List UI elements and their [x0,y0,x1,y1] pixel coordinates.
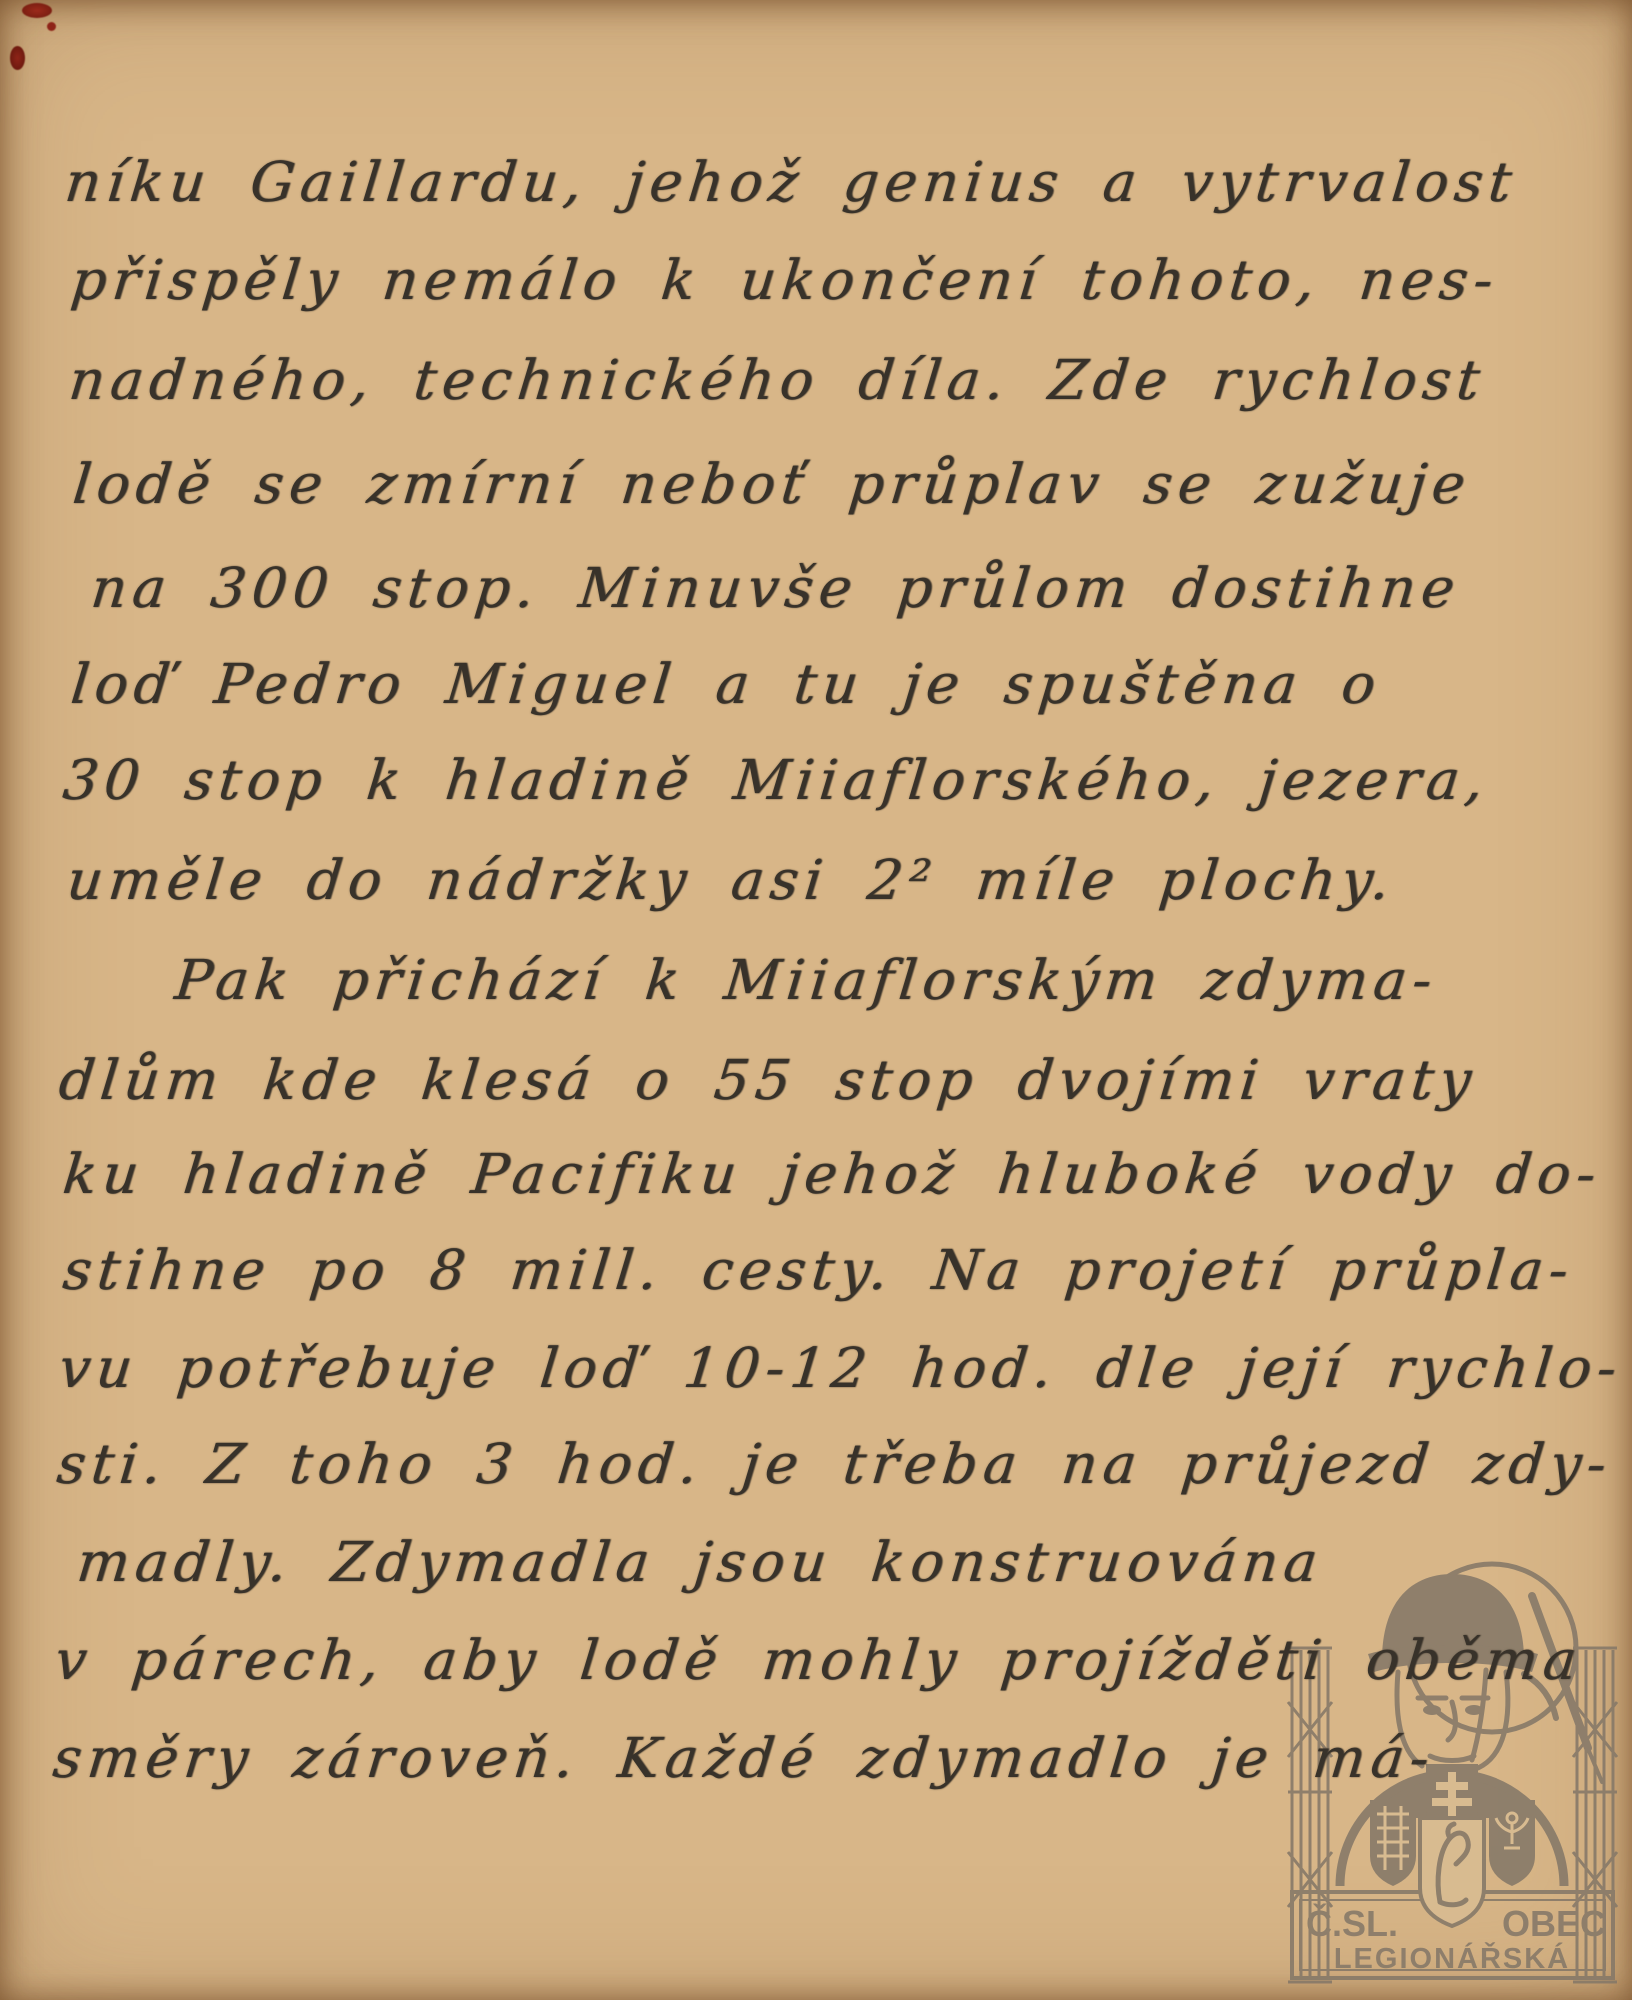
manuscript-line-4: lodě se zmírní neboť průplav se zužuje [70,452,1474,516]
manuscript-line-5: na 300 stop. Minuvše průlom dostihne [88,556,1463,620]
manuscript-line-16: v párech, aby lodě mohly projížděti oběm… [52,1628,1586,1692]
stamp-text-csl: Č.SL. [1306,1902,1398,1944]
manuscript-line-9: Pak přichází k Miiaflorským zdyma- [172,948,1441,1012]
shield-lion-icon [1420,1818,1484,1926]
manuscript-line-12: stihne po 8 mill. cesty. Na projetí průp… [60,1238,1577,1302]
red-ink-speck [47,22,56,31]
manuscript-line-3: nadného, technického díla. Zde rychlost [66,348,1488,412]
manuscript-page: níku Gaillardu, jehož genius a vytrvalos… [0,0,1632,2000]
manuscript-line-17: směry zároveň. Každé zdymadlo je má- [50,1726,1438,1790]
manuscript-line-10: dlům kde klesá o 55 stop dvojími vraty [56,1048,1480,1112]
red-ink-speck [22,3,52,18]
manuscript-line-14: sti. Z toho 3 hod. je třeba na průjezd z… [54,1432,1615,1496]
manuscript-line-6: loď Pedro Miguel a tu je spuštěna o [68,652,1384,716]
manuscript-line-11: ku hladině Pacifiku jehož hluboké vody d… [60,1142,1604,1206]
stamp-text-obec: OBEC [1502,1903,1606,1944]
manuscript-line-1: níku Gaillardu, jehož genius a vytrvalos… [62,150,1520,214]
shield-left-icon [1370,1800,1416,1886]
shield-eagle-icon [1489,1800,1535,1886]
manuscript-line-7: 30 stop k hladině Miiaflorského, jezera, [60,748,1492,812]
manuscript-line-2: přispěly nemálo k ukončení tohoto, nes- [68,248,1502,312]
red-ink-speck [10,46,25,70]
manuscript-line-8: uměle do nádržky asi 2² míle plochy. [64,848,1398,912]
manuscript-line-13: vu potřebuje loď 10-12 hod. dle její ryc… [56,1336,1625,1400]
manuscript-line-15: madly. Zdymadla jsou konstruována [74,1530,1326,1594]
stamp-text-legionarska: LEGIONÁŘSKÁ [1334,1941,1570,1975]
